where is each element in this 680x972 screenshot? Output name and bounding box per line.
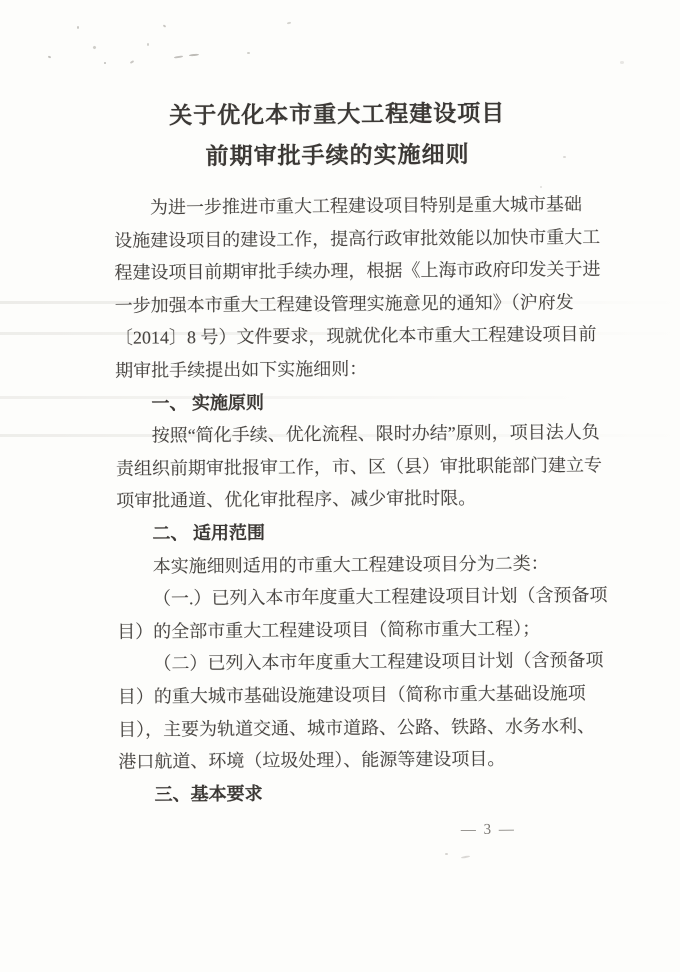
document-sheet: 关于优化本市重大工程建设项目 前期审批手续的实施细则 为进一步推进市重大工程建设… — [0, 0, 680, 972]
text-line: （一.）已列入本市年度重大工程建设项目计划（含预备项 — [117, 579, 613, 615]
section-heading: 二、 适用范围 — [116, 514, 612, 550]
text-line: 目），主要为轨道交通、城市道路、公路、铁路、水务水利、 — [118, 709, 614, 745]
document-title-line-1: 关于优化本市重大工程建设项目 — [0, 91, 677, 137]
text-line: 本实施细则适用的市重大工程建设项目分为二类： — [117, 546, 613, 582]
text-line: 按照“简化手续、优化流程、限时办结”原则，项目法人负 — [116, 416, 612, 452]
section-heading: 一、 实施原则 — [115, 383, 611, 419]
document-title: 关于优化本市重大工程建设项目 前期审批手续的实施细则 — [0, 91, 678, 178]
document-title-line-2: 前期审批手续的实施细则 — [0, 132, 678, 178]
document-body: 为进一步推进市重大工程建设项目特别是重大城市基础设施建设项目的建设工作，提高行政… — [114, 188, 615, 811]
scanned-document-page: 关于优化本市重大工程建设项目 前期审批手续的实施细则 为进一步推进市重大工程建设… — [0, 0, 680, 972]
text-line: 为进一步推进市重大工程建设项目特别是重大城市基础 — [114, 188, 610, 224]
text-line: （二）已列入本市年度重大工程建设项目计划（含预备项 — [117, 644, 613, 680]
text-line: 一步加强本市重大工程建设管理实施意见的通知》（沪府发 — [115, 286, 611, 322]
text-line: 程建设项目前期审批手续办理，根据《上海市政府印发关于进 — [114, 253, 610, 289]
text-line: 设施建设项目的建设工作，提高行政审批效能以加快市重大工 — [114, 220, 610, 256]
text-line: 港口航道、环境（垃圾处理）、能源等建设项目。 — [118, 742, 614, 778]
text-line: 目）的全部市重大工程建设项目（简称市重大工程）； — [117, 612, 613, 648]
text-line: 责组织前期审批报审工作，市、区（县）审批职能部门建立专 — [116, 449, 612, 485]
text-line: 项审批通道、优化审批程序、减少审批时限。 — [116, 481, 612, 517]
section-heading: 三、基本要求 — [118, 775, 614, 811]
text-line: 〔2014〕8 号）文件要求，现就优化本市重大工程建设项目前 — [115, 318, 611, 354]
text-line: 期审批手续提出如下实施细则： — [115, 351, 611, 387]
page-number: — 3 — — [461, 822, 516, 839]
text-line: 目）的重大城市基础设施建设项目（简称市重大基础设施项 — [118, 677, 614, 713]
